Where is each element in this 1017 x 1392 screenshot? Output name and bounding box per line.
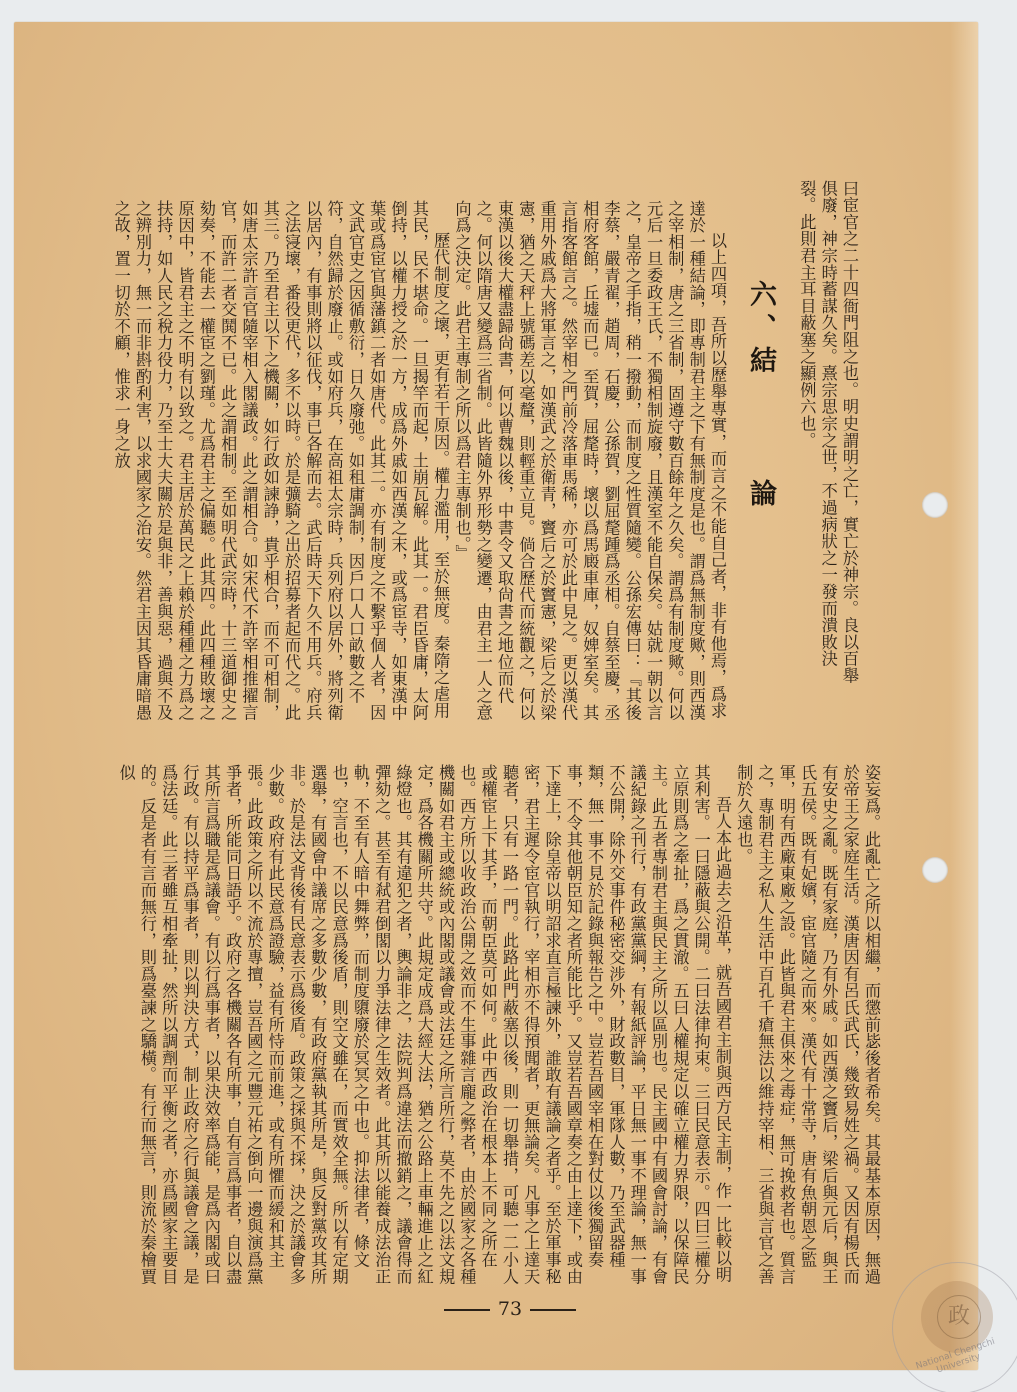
heading-char: 結	[745, 346, 776, 379]
library-watermark-stamp: 政 National Chengchi University	[892, 1262, 1017, 1392]
paragraph: 曰宦官之二十四衙門阻之也。明史謂明之亡，實亡於神宗。良以百舉俱廢，神宗時蓄謀久矣…	[796, 180, 860, 690]
page-number: 73	[420, 1298, 600, 1320]
page-number-text: 73	[498, 1298, 522, 1320]
section-number: 六、	[745, 280, 776, 346]
paragraph: 以上四項，吾所以歷舉專實，而言之不能自己者，非有他焉，爲求達於一種結論，即專制君…	[451, 200, 728, 730]
conclusion-body: 以上四項，吾所以歷舉專實，而言之不能自己者，非有他焉，爲求達於一種結論，即專制君…	[128, 200, 728, 730]
page-edge	[950, 22, 978, 1370]
paragraph: 姿妄爲。此亂亡之所以相繼，而懲前毖後者希矣。其最基本原因，無過於帝王之家庭生活。…	[733, 764, 882, 1294]
dash-right	[530, 1309, 576, 1311]
dash-left	[444, 1309, 490, 1311]
section-heading: 六、結論	[741, 280, 780, 512]
binding-hole	[922, 857, 948, 883]
comparison-body: 姿妄爲。此亂亡之所以相繼，而懲前毖後者希矣。其最基本原因，無過於帝王之家庭生活。…	[102, 764, 882, 1294]
document-page: 曰宦官之二十四衙門阻之也。明史謂明之亡，實亡於神宗。良以百舉俱廢，神宗時蓄謀久矣…	[14, 22, 978, 1370]
heading-char: 論	[745, 479, 776, 512]
paragraph: 吾人本此過去之沿革，就吾國君主制與西方民主制，作一比較以明其利害。一曰隱蔽與公開…	[115, 764, 733, 1294]
emblem-char: 政	[937, 1295, 981, 1339]
intro-paragraph: 曰宦官之二十四衙門阻之也。明史謂明之亡，實亡於神宗。良以百舉俱廢，神宗時蓄謀久矣…	[780, 180, 860, 690]
binding-hole	[922, 492, 948, 518]
paragraph: 歷代制度之壞，更有若干原因。權力濫用，至於無度。秦隋之虐用其民，民不堪命。一旦揭…	[110, 200, 451, 730]
